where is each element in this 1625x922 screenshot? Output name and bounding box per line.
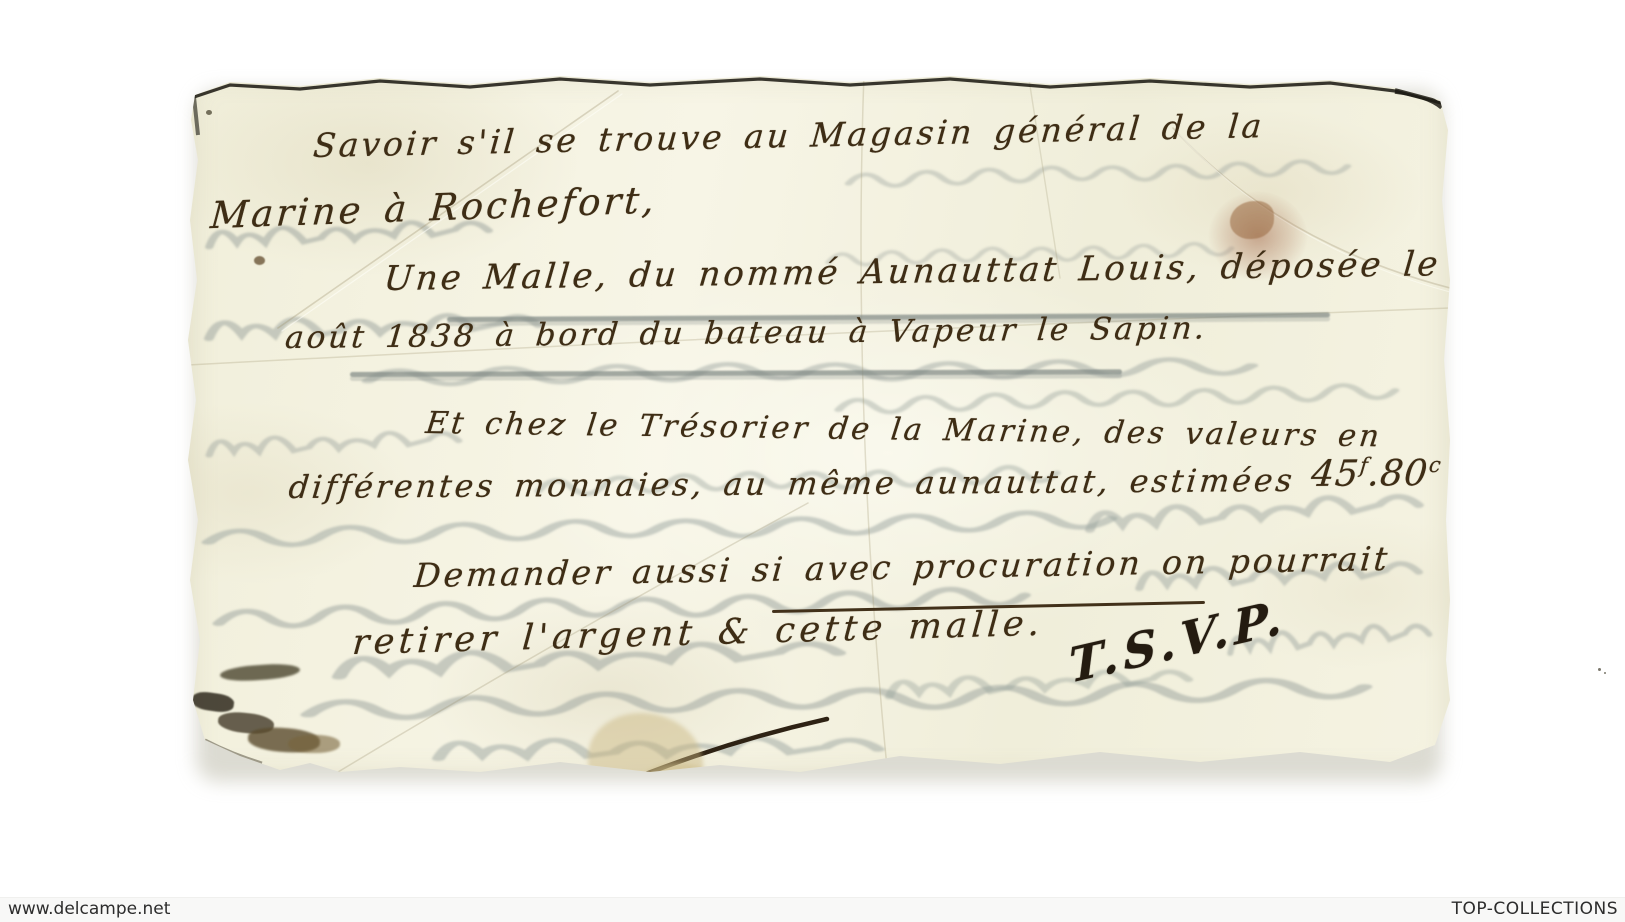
manuscript-paper: Savoir s'il se trouve au Magasin général… [188, 73, 1450, 778]
centimes-symbol: c [1428, 453, 1443, 477]
delcampe-watermark: www.delcampe.net [8, 899, 170, 919]
amount-decimal: .80 [1366, 453, 1430, 494]
manuscript-line-text: différentes monnaies, au même aunauttat,… [287, 463, 1296, 506]
scanned-document-image: Savoir s'il se trouve au Magasin général… [0, 0, 1625, 922]
manuscript-line: différentes monnaies, au même aunauttat,… [287, 458, 1442, 507]
dust-speck [1598, 668, 1601, 671]
dust-speck [1604, 672, 1606, 674]
estimated-amount: 45f.80c [1309, 453, 1443, 495]
seller-watermark: TOP-COLLECTIONS [1452, 899, 1618, 919]
amount-francs: 45 [1309, 454, 1361, 495]
watermark-bar: www.delcampe.net TOP-COLLECTIONS [0, 897, 1625, 922]
